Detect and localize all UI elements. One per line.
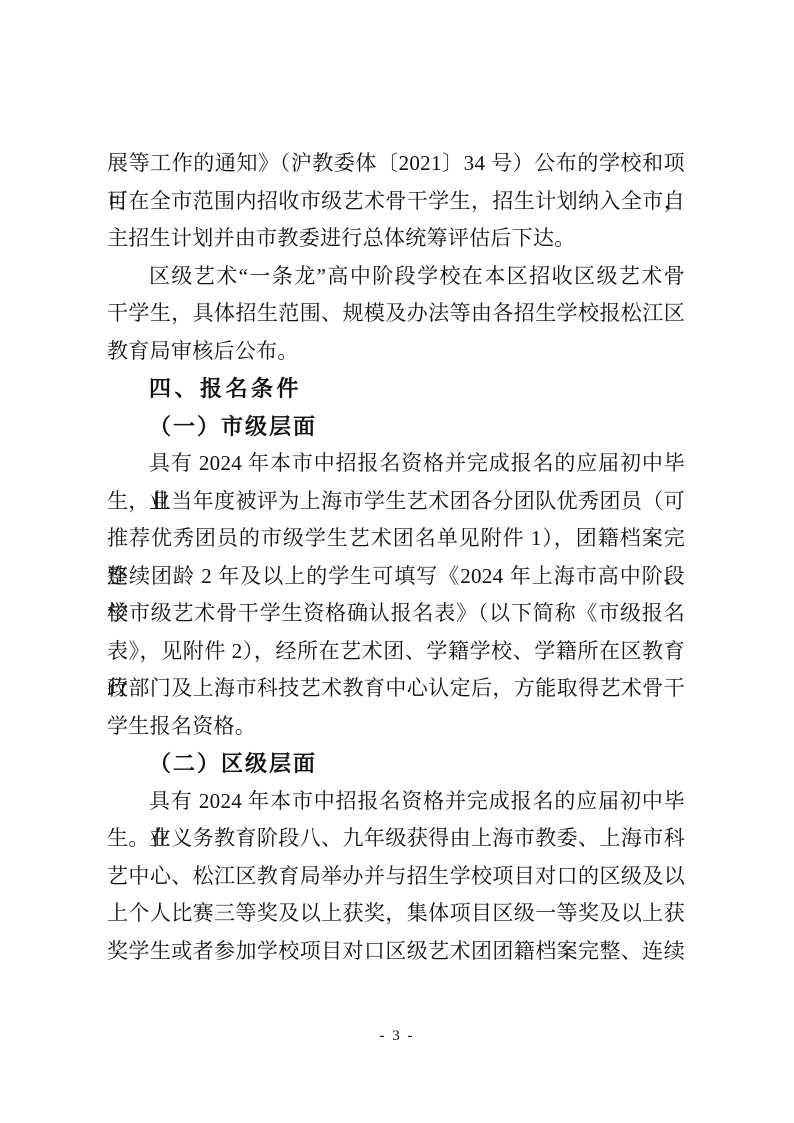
page-number: - 3 - <box>0 1028 794 1045</box>
subheading-city-level: （一）市级层面 <box>107 408 685 446</box>
document-body: 展等工作的通知》（沪教委体〔2021〕34 号）公布的学校和项目， 可在全市范围… <box>107 145 685 970</box>
text-line: 生，且当年度被评为上海市学生艺术团各分团队优秀团员（可 <box>107 483 685 521</box>
text-line: 艺中心、松江区教育局举办并与招生学校项目对口的区级及以 <box>107 858 685 896</box>
text-line: 表》，见附件 2），经所在艺术团、学籍学校、学籍所在区教育行 <box>107 633 685 671</box>
text-line: 可在全市范围内招收市级艺术骨干学生，招生计划纳入全市自 <box>107 183 685 221</box>
document-page: 展等工作的通知》（沪教委体〔2021〕34 号）公布的学校和项目， 可在全市范围… <box>0 0 794 1123</box>
text-line: 区级艺术“一条龙”高中阶段学校在本区招收区级艺术骨 <box>107 258 685 296</box>
text-line: 推荐优秀团员的市级学生艺术团名单见附件 1），团籍档案完整、 <box>107 520 685 558</box>
text-line: 校市级艺术骨干学生资格确认报名表》（以下简称《市级报名 <box>107 595 685 633</box>
text-line: 具有 2024 年本市中招报名资格并完成报名的应届初中毕业 <box>107 783 685 821</box>
text-line: 政部门及上海市科技艺术教育中心认定后，方能取得艺术骨干 <box>107 670 685 708</box>
text-line: 具有 2024 年本市中招报名资格并完成报名的应届初中毕业 <box>107 445 685 483</box>
text-line: 展等工作的通知》（沪教委体〔2021〕34 号）公布的学校和项目， <box>107 145 685 183</box>
text-line: 干学生，具体招生范围、规模及办法等由各招生学校报松江区 <box>107 295 685 333</box>
section-heading-registration-conditions: 四、报名条件 <box>107 370 685 408</box>
text-line: 连续团龄 2 年及以上的学生可填写《2024 年上海市高中阶段学 <box>107 558 685 596</box>
subheading-district-level: （二）区级层面 <box>107 745 685 783</box>
text-line: 教育局审核后公布。 <box>107 333 685 371</box>
text-line: 学生报名资格。 <box>107 708 685 746</box>
text-line: 奖学生或者参加学校项目对口区级艺术团团籍档案完整、连续 <box>107 933 685 971</box>
text-line: 生。在义务教育阶段八、九年级获得由上海市教委、上海市科 <box>107 820 685 858</box>
text-line: 主招生计划并由市教委进行总体统筹评估后下达。 <box>107 220 685 258</box>
text-line: 上个人比赛三等奖及以上获奖，集体项目区级一等奖及以上获 <box>107 895 685 933</box>
